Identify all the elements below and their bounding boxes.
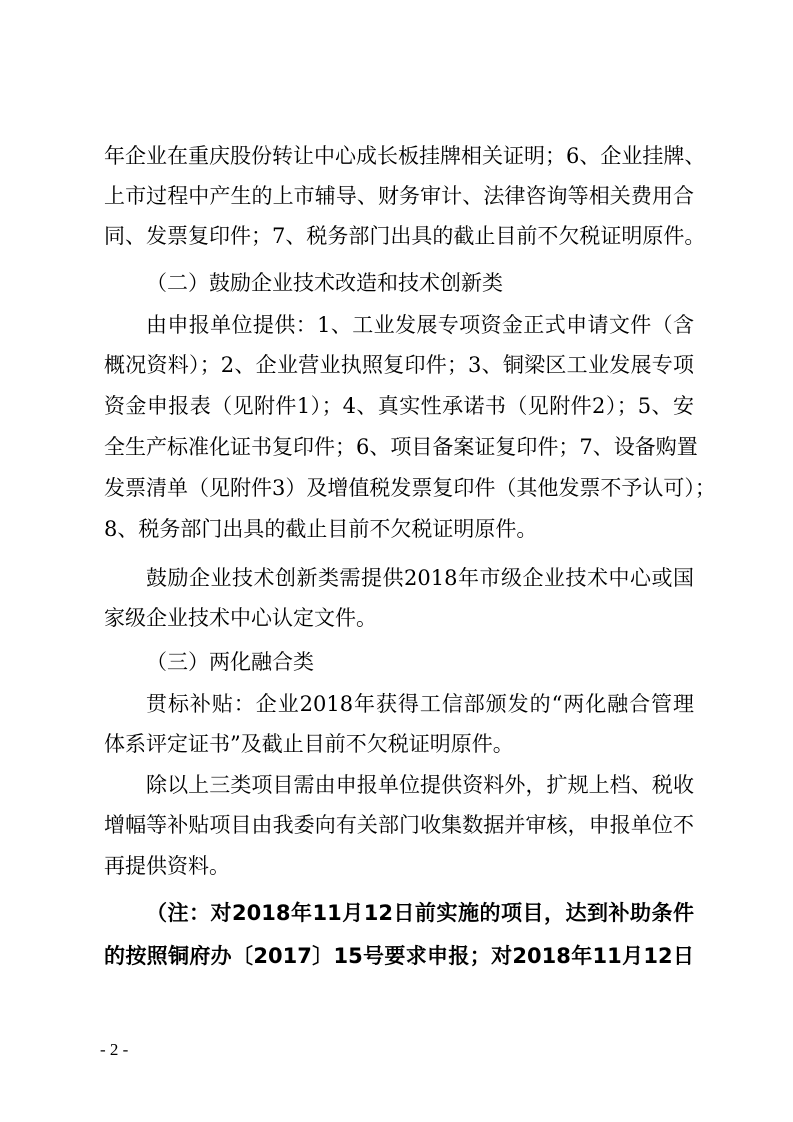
body-line-10: 8、税务部门出具的截止目前不欠税证明原件。: [104, 516, 694, 542]
body-line-6: 概况资料）；2、企业营业执照复印件；3、铜梁区工业发展专项: [104, 352, 694, 378]
section-heading-2: （二）鼓励企业技术改造和技术创新类: [146, 270, 694, 296]
body-line-1: 年企业在重庆股份转让中心成长板挂牌相关证明；6、企业挂牌、: [104, 143, 694, 169]
body-line-7: 资金申报表（见附件1）；4、真实性承诺书（见附件2）；5、安: [104, 393, 694, 419]
body-line-12: 家级企业技术中心认定文件。: [104, 605, 694, 631]
body-line-8: 全生产标准化证书复印件；6、项目备案证复印件；7、设备购置: [104, 434, 694, 460]
body-line-14: 贯标补贴：企业2018年获得工信部颁发的“两化融合管理: [146, 691, 694, 717]
note-line-2: 的按照铜府办〔2017〕15号要求申报；对2018年11月12日: [104, 943, 694, 969]
body-line-17: 增幅等补贴项目由我委向有关部门收集数据并审核，申报单位不: [104, 812, 694, 838]
body-line-16: 除以上三类项目需由申报单位提供资料外，扩规上档、税收: [146, 772, 694, 798]
note-line-1: （注：对2018年11月12日前实施的项目，达到补助条件: [146, 900, 694, 926]
body-line-11: 鼓励企业技术创新类需提供2018年市级企业技术中心或国: [146, 565, 694, 591]
section-heading-3: （三）两化融合类: [146, 649, 694, 675]
body-line-15: 体系评定证书”及截止目前不欠税证明原件。: [104, 731, 694, 757]
body-line-18: 再提供资料。: [104, 853, 694, 879]
body-line-2: 上市过程中产生的上市辅导、财务审计、法律咨询等相关费用合: [104, 183, 694, 209]
body-line-5: 由申报单位提供：1、工业发展专项资金正式申请文件（含: [146, 312, 694, 338]
page-number: - 2 -: [100, 1040, 128, 1060]
document-page: 年企业在重庆股份转让中心成长板挂牌相关证明；6、企业挂牌、 上市过程中产生的上市…: [0, 0, 793, 1122]
body-line-9: 发票清单（见附件3）及增值税发票复印件（其他发票不予认可）；: [104, 475, 694, 501]
body-line-3: 同、发票复印件；7、税务部门出具的截止目前不欠税证明原件。: [104, 223, 694, 249]
